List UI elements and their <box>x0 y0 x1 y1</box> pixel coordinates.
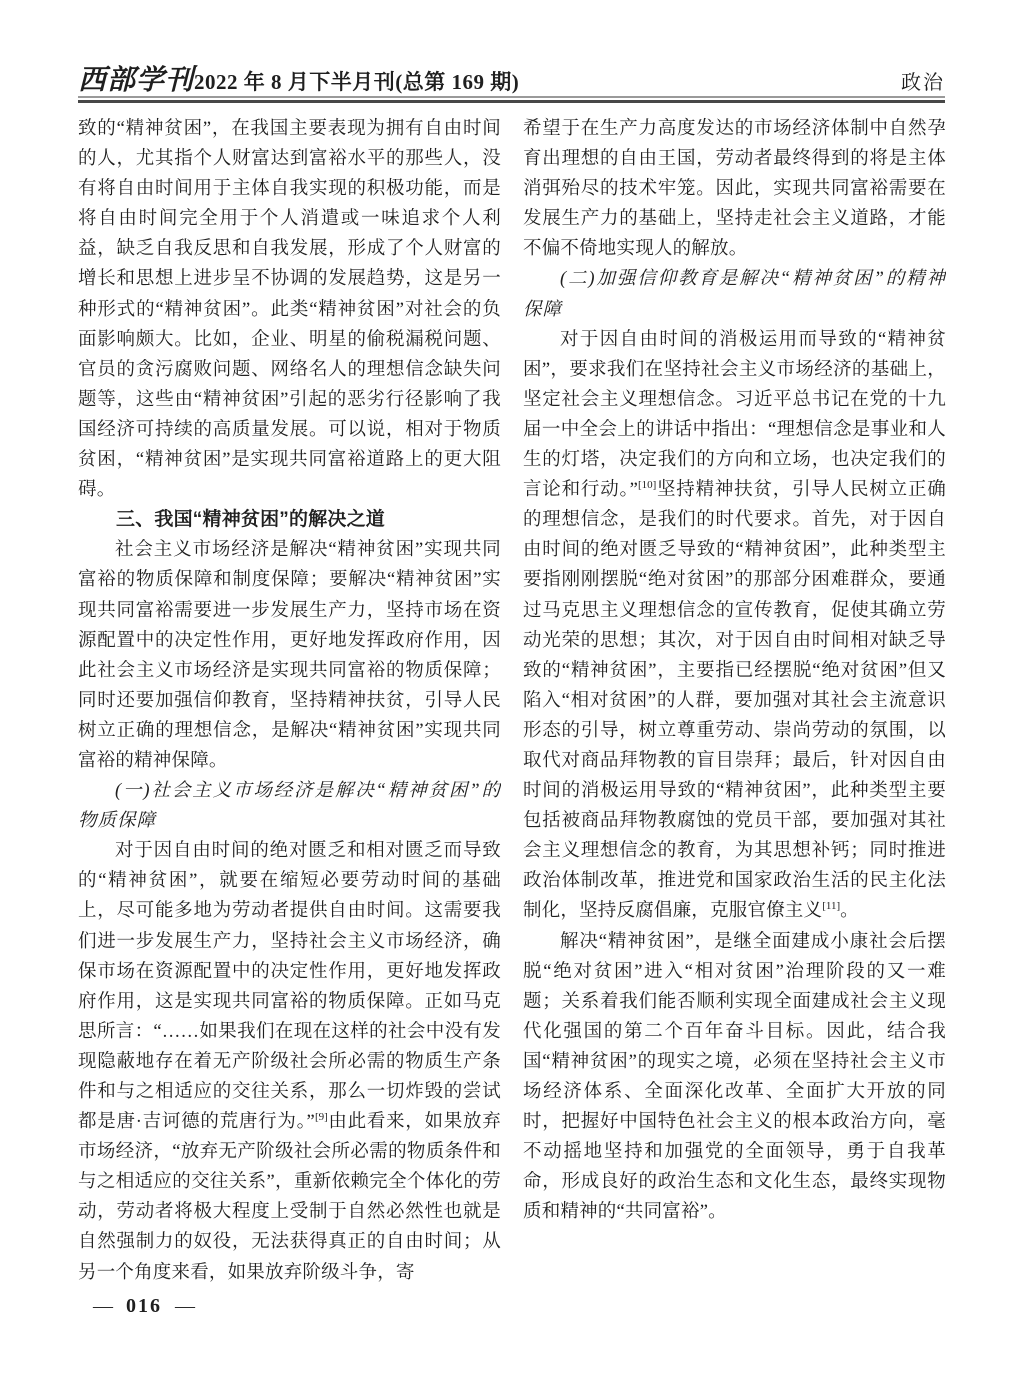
journal-name: 西部学刊 <box>78 58 194 98</box>
footnote-ref: [11] <box>822 900 840 912</box>
subsection-heading: (一)社会主义市场经济是解决“精神贫困”的物质保障 <box>78 776 501 836</box>
journal-page: 西部学刊 2022 年 8 月下半月刊(总第 169 期) 政治 致的“精神贫困… <box>0 0 1024 1389</box>
page-number: 016 <box>126 1295 162 1318</box>
subsection-heading: (二)加强信仰教育是解决“精神贫困”的精神保障 <box>523 264 946 324</box>
paragraph: 对于因自由时间的绝对匮乏和相对匮乏而导致的“精神贫困”，就要在缩短必要劳动时间的… <box>78 836 501 1287</box>
header-rule <box>78 96 945 103</box>
paragraph-continuation: 致的“精神贫困”，在我国主要表现为拥有自由时间的人，尤其指个人财富达到富裕水平的… <box>78 114 501 505</box>
footer-dash-left: — <box>93 1295 113 1318</box>
header-left: 西部学刊 2022 年 8 月下半月刊(总第 169 期) <box>78 58 519 98</box>
article-body: 致的“精神贫困”，在我国主要表现为拥有自由时间的人，尤其指个人财富达到富裕水平的… <box>78 114 946 1294</box>
footnote-ref: [9] <box>315 1111 328 1123</box>
section-label: 政治 <box>901 66 945 95</box>
footnote-ref: [10] <box>638 479 656 491</box>
page-header: 西部学刊 2022 年 8 月下半月刊(总第 169 期) 政治 <box>78 58 945 98</box>
paragraph-continuation: 希望于在生产力高度发达的市场经济体制中自然孕育出理想的自由王国，劳动者最终得到的… <box>523 114 946 264</box>
column-right: 希望于在生产力高度发达的市场经济体制中自然孕育出理想的自由王国，劳动者最终得到的… <box>523 114 946 1294</box>
page-footer: — 016 — <box>93 1295 195 1318</box>
footer-dash-right: — <box>175 1295 195 1318</box>
section-heading: 三、我国“精神贫困”的解决之道 <box>78 505 501 535</box>
issue-info: 2022 年 8 月下半月刊(总第 169 期) <box>194 66 519 96</box>
paragraph: 对于因自由时间的消极运用而导致的“精神贫困”，要求我们在坚持社会主义市场经济的基… <box>523 325 946 927</box>
paragraph: 解决“精神贫困”，是继全面建成小康社会后摆脱“绝对贫困”进入“相对贫困”治理阶段… <box>523 927 946 1228</box>
paragraph: 社会主义市场经济是解决“精神贫困”实现共同富裕的物质保障和制度保障；要解决“精神… <box>78 535 501 776</box>
column-left: 致的“精神贫困”，在我国主要表现为拥有自由时间的人，尤其指个人财富达到富裕水平的… <box>78 114 501 1294</box>
